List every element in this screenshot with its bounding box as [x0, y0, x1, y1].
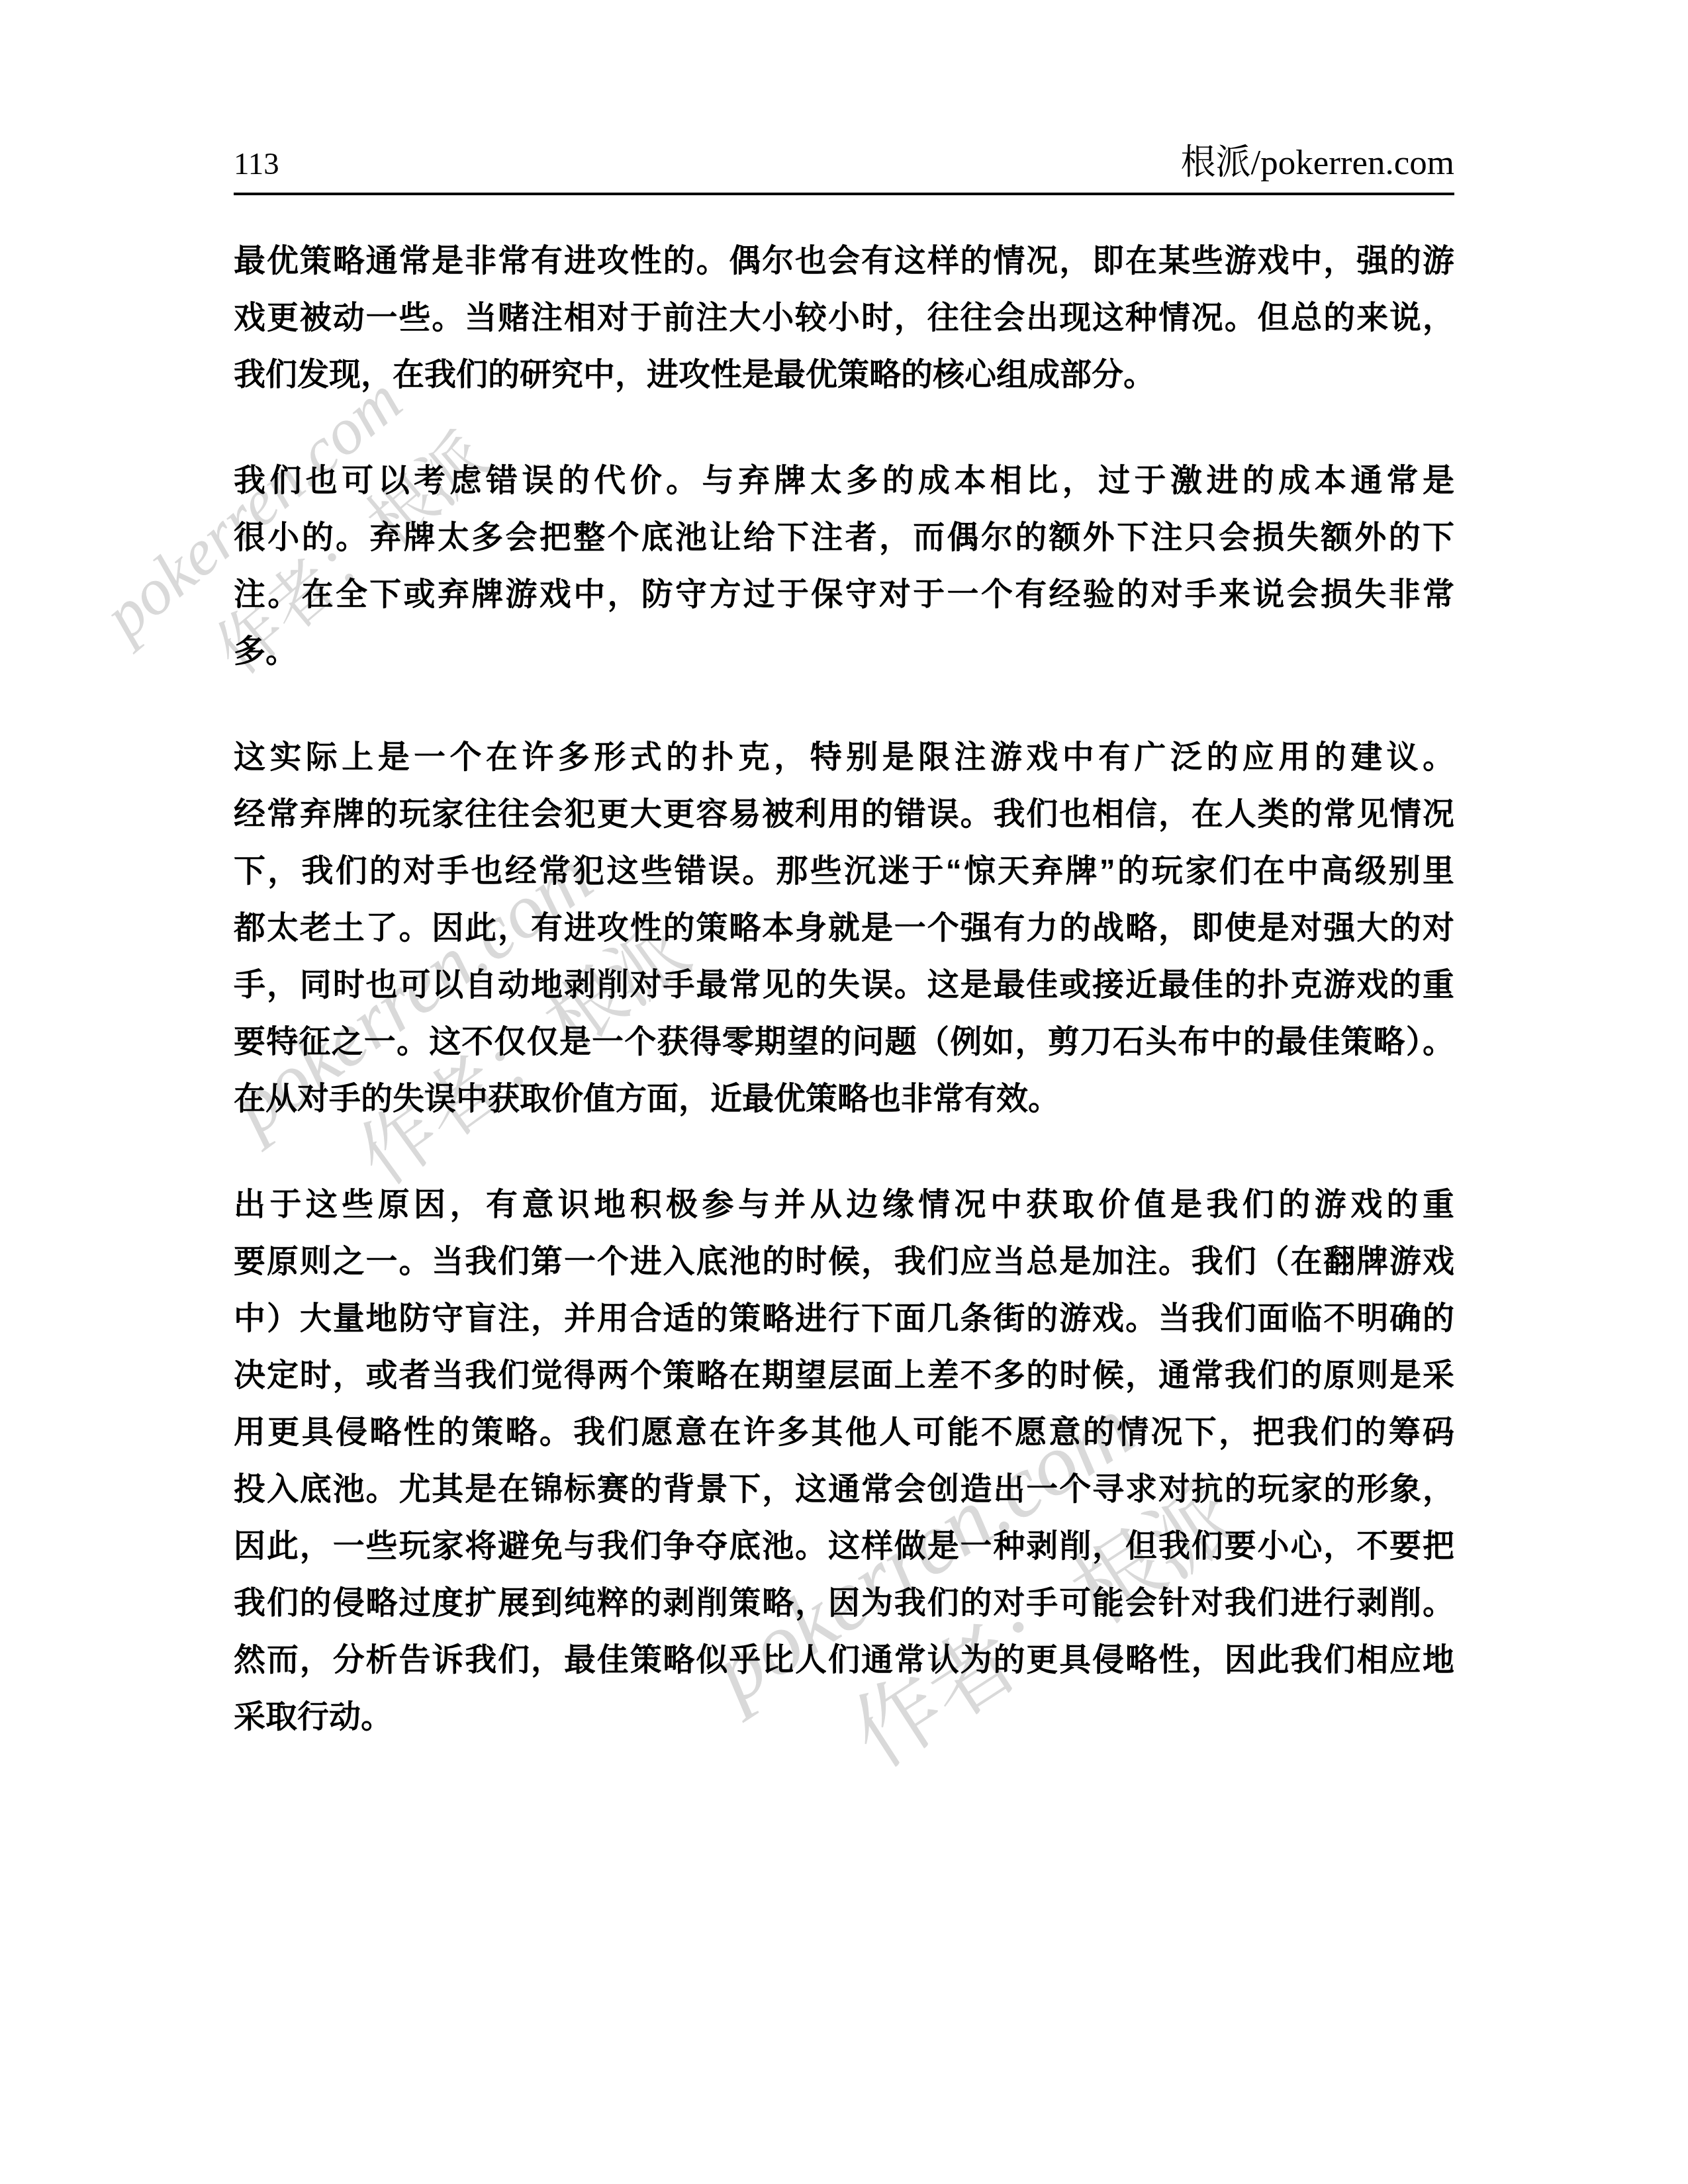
text-line: 手，同时也可以自动地剥削对手最常见的失误。这是最佳或接近最佳的扑克游戏的重	[234, 957, 1454, 1014]
text-line: 在从对手的失误中获取价值方面，近最优策略也非常有效。	[234, 1071, 1454, 1128]
text-line: 下，我们的对手也经常犯这些错误。那些沉迷于“惊天弃牌”的玩家们在中高级别里	[234, 843, 1454, 900]
text-line: 用更具侵略性的策略。我们愿意在许多其他人可能不愿意的情况下，把我们的筹码	[234, 1404, 1454, 1461]
text-line: 要特征之一。这不仅仅是一个获得零期望的问题（例如，剪刀石头布中的最佳策略）。	[234, 1014, 1454, 1071]
text-line: 因此，一些玩家将避免与我们争夺底池。这样做是一种剥削，但我们要小心，不要把	[234, 1518, 1454, 1575]
paragraph: 最优策略通常是非常有进攻性的。偶尔也会有这样的情况，即在某些游戏中，强的游戏更被…	[234, 233, 1454, 404]
page-number: 113	[234, 146, 279, 182]
text-line: 经常弃牌的玩家往往会犯更大更容易被利用的错误。我们也相信，在人类的常见情况	[234, 786, 1454, 843]
text-line: 我们的侵略过度扩展到纯粹的剥削策略，因为我们的对手可能会针对我们进行剥削。	[234, 1575, 1454, 1632]
text-line: 决定时，或者当我们觉得两个策略在期望层面上差不多的时候，通常我们的原则是采	[234, 1347, 1454, 1404]
document-page: pokerren.com 作者：根派 pokerren.com 作者：根派 po…	[0, 0, 1688, 2184]
text-line: 然而，分析告诉我们，最佳策略似乎比人们通常认为的更具侵略性，因此我们相应地	[234, 1632, 1454, 1689]
text-line: 多。	[234, 623, 1454, 680]
text-line: 戏更被动一些。当赌注相对于前注大小较小时，往往会出现这种情况。但总的来说，	[234, 290, 1454, 347]
page-header: 113 根派/pokerren.com	[234, 134, 1454, 195]
text-line: 投入底池。尤其是在锦标赛的背景下，这通常会创造出一个寻求对抗的玩家的形象，	[234, 1461, 1454, 1518]
header-site-label: 根派/pokerren.com	[1180, 134, 1454, 185]
text-line: 都太老土了。因此，有进攻性的策略本身就是一个强有力的战略，即使是对强大的对	[234, 900, 1454, 957]
paragraph: 我们也可以考虑错误的代价。与弃牌太多的成本相比，过于激进的成本通常是很小的。弃牌…	[234, 453, 1454, 680]
paragraph: 这实际上是一个在许多形式的扑克，特别是限注游戏中有广泛的应用的建议。经常弃牌的玩…	[234, 729, 1454, 1128]
text-line: 我们也可以考虑错误的代价。与弃牌太多的成本相比，过于激进的成本通常是	[234, 453, 1454, 510]
body-text: 最优策略通常是非常有进攻性的。偶尔也会有这样的情况，即在某些游戏中，强的游戏更被…	[234, 233, 1454, 1795]
text-line: 中）大量地防守盲注，并用合适的策略进行下面几条街的游戏。当我们面临不明确的	[234, 1291, 1454, 1347]
paragraph: 出于这些原因，有意识地积极参与并从边缘情况中获取价值是我们的游戏的重要原则之一。…	[234, 1177, 1454, 1746]
text-line: 采取行动。	[234, 1689, 1454, 1746]
text-line: 最优策略通常是非常有进攻性的。偶尔也会有这样的情况，即在某些游戏中，强的游	[234, 233, 1454, 290]
text-line: 要原则之一。当我们第一个进入底池的时候，我们应当总是加注。我们（在翻牌游戏	[234, 1234, 1454, 1291]
text-line: 很小的。弃牌太多会把整个底池让给下注者，而偶尔的额外下注只会损失额外的下	[234, 510, 1454, 567]
text-line: 出于这些原因，有意识地积极参与并从边缘情况中获取价值是我们的游戏的重	[234, 1177, 1454, 1234]
text-line: 这实际上是一个在许多形式的扑克，特别是限注游戏中有广泛的应用的建议。	[234, 729, 1454, 786]
text-line: 注。在全下或弃牌游戏中，防守方过于保守对于一个有经验的对手来说会损失非常	[234, 567, 1454, 623]
text-line: 我们发现，在我们的研究中，进攻性是最优策略的核心组成部分。	[234, 347, 1454, 404]
